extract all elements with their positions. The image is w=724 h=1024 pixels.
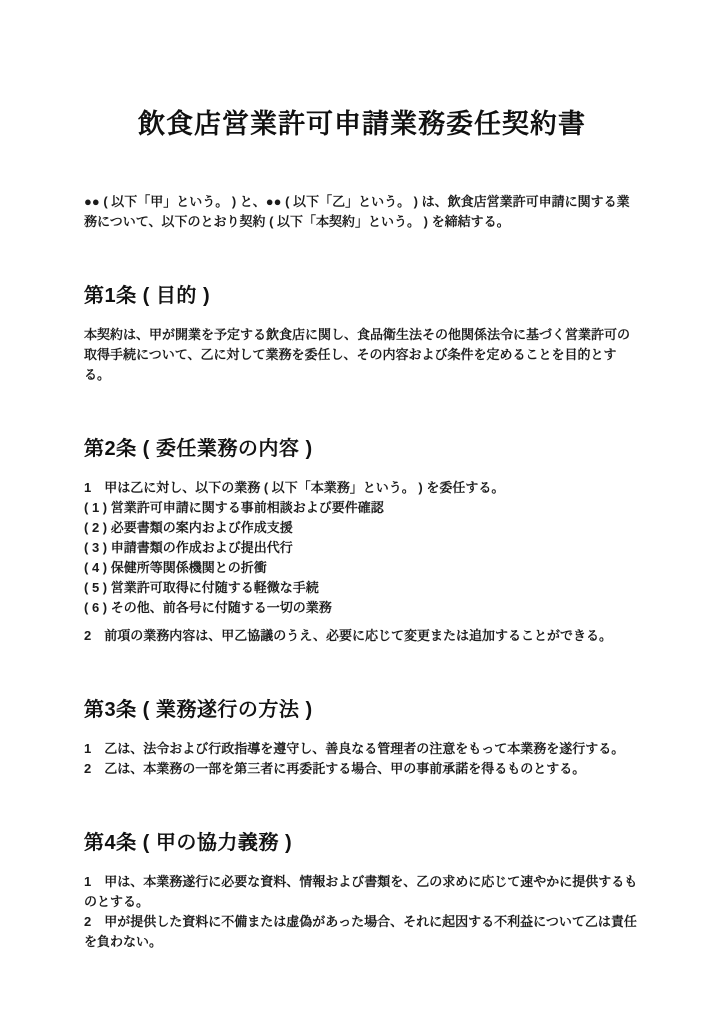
- article-2-item-list: ( 1 ) 営業許可申請に関する事前相談および要件確認 ( 2 ) 必要書類の案…: [84, 498, 640, 618]
- article-1: 第1条 ( 目的 ) 本契約は、甲が開業を予定する飲食店に関し、食品衛生法その他…: [84, 284, 640, 385]
- list-item: ( 2 ) 必要書類の案内および作成支援: [84, 518, 640, 538]
- article-2-clause-2: 2 前項の業務内容は、甲乙協議のうえ、必要に応じて変更または追加することができる…: [84, 626, 640, 646]
- article-4-heading: 第4条 ( 甲の協力義務 ): [84, 831, 640, 856]
- preamble-paragraph: ●● ( 以下「甲」という。 ) と、●● ( 以下「乙」という。 ) は、飲食…: [84, 192, 640, 232]
- article-2-clause-1: 1 甲は乙に対し、以下の業務 ( 以下「本業務」という。 ) を委任する。: [84, 478, 640, 498]
- article-2-heading: 第2条 ( 委任業務の内容 ): [84, 437, 640, 462]
- article-3-clause-1: 1 乙は、法令および行政指導を遵守し、善良なる管理者の注意をもって本業務を遂行す…: [84, 739, 640, 759]
- article-4-clause-1: 1 甲は、本業務遂行に必要な資料、情報および書類を、乙の求めに応じて速やかに提供…: [84, 872, 640, 912]
- document-content: 飲食店営業許可申請業務委任契約書 ●● ( 以下「甲」という。 ) と、●● (…: [0, 0, 724, 952]
- article-3: 第3条 ( 業務遂行の方法 ) 1 乙は、法令および行政指導を遵守し、善良なる管…: [84, 698, 640, 779]
- article-1-body: 本契約は、甲が開業を予定する飲食店に関し、食品衛生法その他関係法令に基づく営業許…: [84, 325, 640, 385]
- article-4: 第4条 ( 甲の協力義務 ) 1 甲は、本業務遂行に必要な資料、情報および書類を…: [84, 831, 640, 952]
- document-title: 飲食店営業許可申請業務委任契約書: [84, 108, 640, 142]
- article-1-heading: 第1条 ( 目的 ): [84, 284, 640, 309]
- list-item: ( 5 ) 営業許可取得に付随する軽微な手続: [84, 578, 640, 598]
- list-item: ( 3 ) 申請書類の作成および提出代行: [84, 538, 640, 558]
- list-item: ( 4 ) 保健所等関係機関との折衝: [84, 558, 640, 578]
- list-item: ( 6 ) その他、前各号に付随する一切の業務: [84, 598, 640, 618]
- article-3-clause-2: 2 乙は、本業務の一部を第三者に再委託する場合、甲の事前承諾を得るものとする。: [84, 759, 640, 779]
- article-4-clause-2: 2 甲が提供した資料に不備または虚偽があった場合、それに起因する不利益について乙…: [84, 912, 640, 952]
- article-3-heading: 第3条 ( 業務遂行の方法 ): [84, 698, 640, 723]
- list-item: ( 1 ) 営業許可申請に関する事前相談および要件確認: [84, 498, 640, 518]
- document-page: 飲食店営業許可申請業務委任契約書 ●● ( 以下「甲」という。 ) と、●● (…: [0, 0, 724, 1024]
- article-2: 第2条 ( 委任業務の内容 ) 1 甲は乙に対し、以下の業務 ( 以下「本業務」…: [84, 437, 640, 646]
